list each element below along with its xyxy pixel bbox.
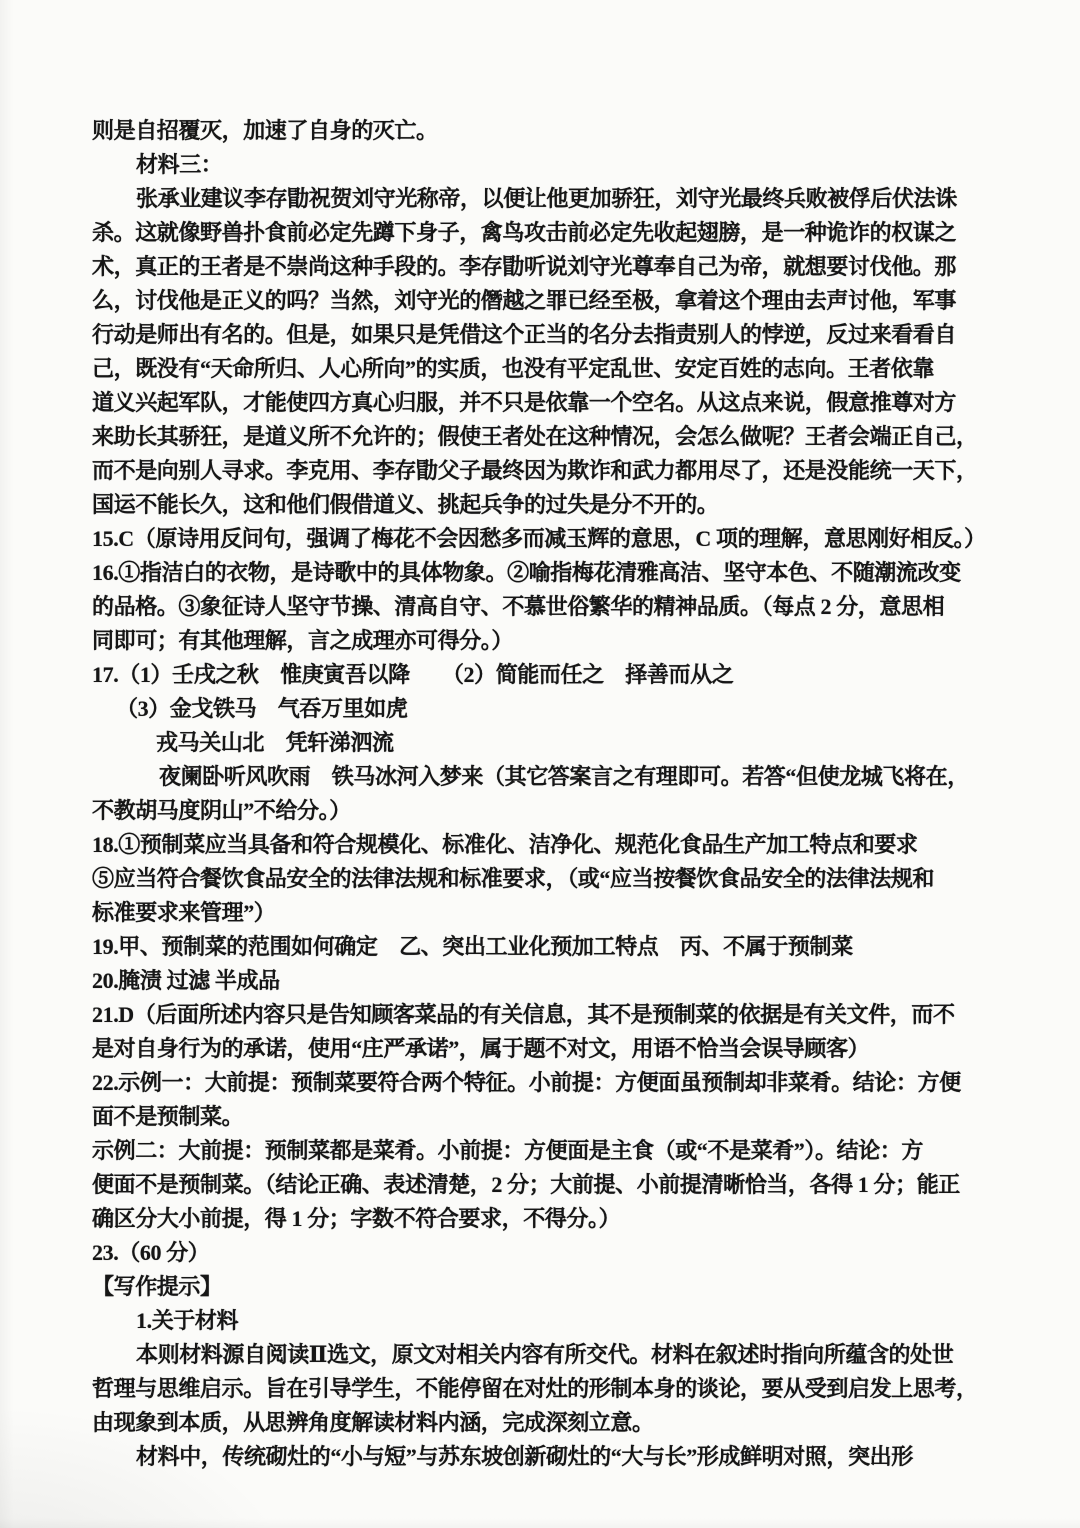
text-line: 19.甲、预制菜的范围如何确定 乙、突出工业化预加工特点 丙、不属于预制菜 — [92, 930, 998, 964]
text-line: 戎马关山北 凭轩涕泗流 — [92, 726, 998, 760]
text-line: 材料三： — [92, 148, 998, 182]
text-line: 己，既没有“天命所归、人心所向”的实质，也没有平定乱世、安定百姓的志向。王者依靠 — [92, 352, 998, 386]
text-line: 而不是向别人寻求。李克用、李存勖父子最终因为欺诈和武力都用尽了，还是没能统一天下… — [92, 454, 998, 488]
scanned-answer-page: 则是自招覆灭，加速了自身的灭亡。材料三：张承业建议李存勖祝贺刘守光称帝，以便让他… — [0, 0, 1080, 1528]
text-line: 标准要求来管理”） — [92, 896, 998, 930]
text-line: 道义兴起军队，才能使四方真心归服，并不只是依靠一个空名。从这点来说，假意推尊对方 — [92, 386, 998, 420]
text-line: （3）金戈铁马 气吞万里如虎 — [92, 692, 998, 726]
text-line: 哲理与思维启示。旨在引导学生，不能停留在对灶的形制本身的谈论，要从受到启发上思考… — [92, 1372, 998, 1406]
text-line: 术，真正的王者是不崇尚这种手段的。李存勖听说刘守光尊奉自己为帝，就想要讨伐他。那 — [92, 250, 998, 284]
text-line: 【写作提示】 — [92, 1270, 998, 1304]
text-line: 行动是师出有名的。但是，如果只是凭借这个正当的名分去指责别人的悖逆，反过来看看自 — [92, 318, 998, 352]
text-line: 么，讨伐他是正义的吗？当然，刘守光的僭越之罪已经至极，拿着这个理由去声讨他，军事 — [92, 284, 998, 318]
text-line: 由现象到本质，从思辨角度解读材料内涵，完成深刻立意。 — [92, 1406, 998, 1440]
text-line: 17.（1）壬戌之秋 惟庚寅吾以降 （2）简能而任之 择善而从之 — [92, 658, 998, 692]
text-line: 本则材料源自阅读Ⅱ选文，原文对相关内容有所交代。材料在叙述时指向所蕴含的处世 — [92, 1338, 998, 1372]
text-line: 便面不是预制菜。（结论正确、表述清楚，2 分；大前提、小前提清晰恰当，各得 1 … — [92, 1168, 998, 1202]
text-line: 面不是预制菜。 — [92, 1100, 998, 1134]
text-line: 22.示例一：大前提：预制菜要符合两个特征。小前提：方便面虽预制却非菜肴。结论：… — [92, 1066, 998, 1100]
text-line: 材料中，传统砌灶的“小与短”与苏东坡创新砌灶的“大与长”形成鲜明对照，突出形 — [92, 1440, 998, 1474]
answer-text-block: 则是自招覆灭，加速了自身的灭亡。材料三：张承业建议李存勖祝贺刘守光称帝，以便让他… — [92, 114, 998, 1474]
text-line: 15.C（原诗用反问句，强调了梅花不会因愁多而减玉辉的意思，C 项的理解，意思刚… — [92, 522, 998, 556]
text-line: 夜阑卧听风吹雨 铁马冰河入梦来（其它答案言之有理即可。若答“但使龙城飞将在， — [92, 760, 998, 794]
text-line: 是对自身行为的承诺，使用“庄严承诺”，属于题不对文，用语不恰当会误导顾客） — [92, 1032, 998, 1066]
text-line: 不教胡马度阴山”不给分。） — [92, 794, 998, 828]
text-line: 16.①指洁白的衣物，是诗歌中的具体物象。②喻指梅花清雅高洁、坚守本色、不随潮流… — [92, 556, 998, 590]
text-line: 21.D（后面所述内容只是告知顾客菜品的有关信息，其不是预制菜的依据是有关文件，… — [92, 998, 998, 1032]
text-line: 的品格。③象征诗人坚守节操、清高自守、不慕世俗繁华的精神品质。（每点 2 分，意… — [92, 590, 998, 624]
text-line: 23.（60 分） — [92, 1236, 998, 1270]
text-line: 1.关于材料 — [92, 1304, 998, 1338]
text-line: 张承业建议李存勖祝贺刘守光称帝，以便让他更加骄狂，刘守光最终兵败被俘后伏法诛 — [92, 182, 998, 216]
text-line: 确区分大小前提，得 1 分；字数不符合要求，不得分。） — [92, 1202, 998, 1236]
text-line: 国运不能长久，这和他们假借道义、挑起兵争的过失是分不开的。 — [92, 488, 998, 522]
text-line: 20.腌渍 过滤 半成品 — [92, 964, 998, 998]
text-line: 同即可；有其他理解，言之成理亦可得分。） — [92, 624, 998, 658]
text-line: 来助长其骄狂，是道义所不允许的；假使王者处在这种情况，会怎么做呢？王者会端正自己… — [92, 420, 998, 454]
text-line: ⑤应当符合餐饮食品安全的法律法规和标准要求，（或“应当按餐饮食品安全的法律法规和 — [92, 862, 998, 896]
text-line: 18.①预制菜应当具备和符合规模化、标准化、洁净化、规范化食品生产加工特点和要求 — [92, 828, 998, 862]
text-line: 则是自招覆灭，加速了自身的灭亡。 — [92, 114, 998, 148]
text-line: 示例二：大前提：预制菜都是菜肴。小前提：方便面是主食（或“不是菜肴”）。结论：方 — [92, 1134, 998, 1168]
text-line: 杀。这就像野兽扑食前必定先蹲下身子，禽鸟攻击前必定先收起翅膀，是一种诡诈的权谋之 — [92, 216, 998, 250]
